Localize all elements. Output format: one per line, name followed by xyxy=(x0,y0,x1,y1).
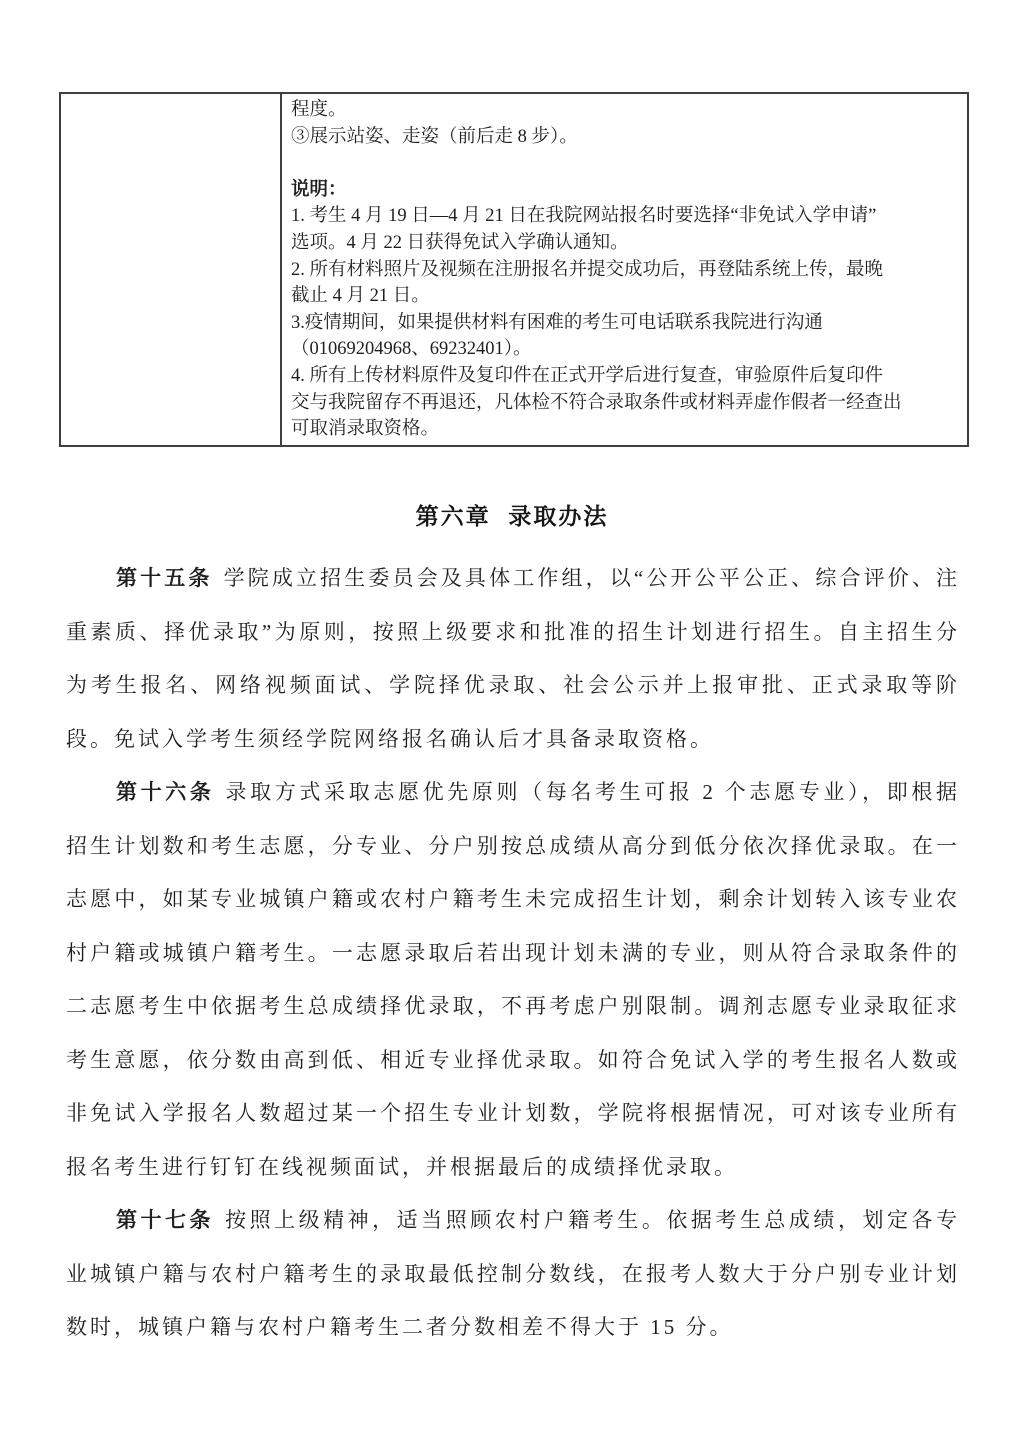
table-line: ③展示站姿、走姿（前后走 8 步）。 xyxy=(291,124,961,151)
table-line: 截止 4 月 21 日。 xyxy=(291,283,961,310)
table-line: 说明： xyxy=(291,177,961,204)
table-line: 程度。 xyxy=(291,97,961,124)
table-line: （01069204968、69232401）。 xyxy=(291,336,961,363)
notes-table: 程度。 ③展示站姿、走姿（前后走 8 步）。 说明： 1. 考生 4 月 19 … xyxy=(59,92,969,447)
table-cell-right-content: 程度。 ③展示站姿、走姿（前后走 8 步）。 说明： 1. 考生 4 月 19 … xyxy=(291,97,961,443)
article-text: 录取方式采取志愿优先原则（每名考生可报 2 个志愿专业），即根据招生计划数和考生… xyxy=(66,780,960,1179)
table-cell-left xyxy=(60,93,281,446)
table-line: 3.疫情期间，如果提供材料有困难的考生可电话联系我院进行沟通 xyxy=(291,310,961,337)
table-line: 可取消录取资格。 xyxy=(291,416,961,443)
article-paragraph: 第十五条学院成立招生委员会及具体工作组，以“公开公平公正、综合评价、注重素质、择… xyxy=(66,552,960,766)
table-line: 1. 考生 4 月 19 日—4 月 21 日在我院网站报名时要选择“非免试入学… xyxy=(291,203,961,230)
table-cell-right: 程度。 ③展示站姿、走姿（前后走 8 步）。 说明： 1. 考生 4 月 19 … xyxy=(281,93,968,446)
document-page: 程度。 ③展示站姿、走姿（前后走 8 步）。 说明： 1. 考生 4 月 19 … xyxy=(0,0,1024,1448)
table-line: 4. 所有上传材料原件及复印件在正式开学后进行复查，审验原件后复印件 xyxy=(291,363,961,390)
table-line: 选项。4 月 22 日获得免试入学确认通知。 xyxy=(291,230,961,257)
table-row: 程度。 ③展示站姿、走姿（前后走 8 步）。 说明： 1. 考生 4 月 19 … xyxy=(60,93,968,446)
table-line xyxy=(291,150,961,177)
body-content: 第十五条学院成立招生委员会及具体工作组，以“公开公平公正、综合评价、注重素质、择… xyxy=(66,552,960,1355)
chapter-heading: 第六章 录取办法 xyxy=(0,501,1024,533)
article-number: 第十五条 xyxy=(116,566,224,590)
article-number: 第十七条 xyxy=(116,1208,225,1232)
article-paragraph: 第十七条按照上级精神，适当照顾农村户籍考生。依据考生总成绩，划定各专业城镇户籍与… xyxy=(66,1194,960,1355)
article-paragraph: 第十六条录取方式采取志愿优先原则（每名考生可报 2 个志愿专业），即根据招生计划… xyxy=(66,766,960,1194)
table-line: 2. 所有材料照片及视频在注册报名并提交成功后，再登陆系统上传，最晚 xyxy=(291,257,961,284)
table-line: 交与我院留存不再退还，凡体检不符合录取条件或材料弄虚作假者一经查出 xyxy=(291,390,961,417)
article-text: 学院成立招生委员会及具体工作组，以“公开公平公正、综合评价、注重素质、择优录取”… xyxy=(66,566,960,751)
article-number: 第十六条 xyxy=(116,780,226,804)
